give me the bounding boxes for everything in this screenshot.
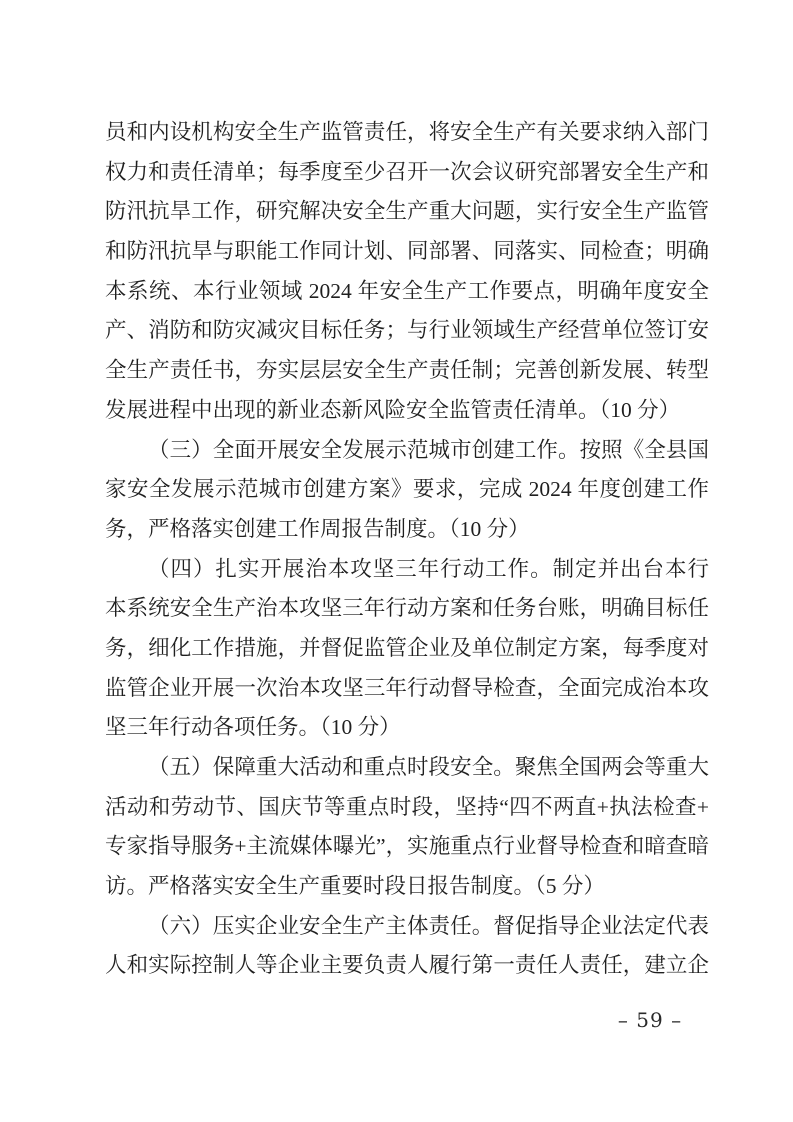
text-line: 家安全发展示范城市创建方案》要求，完成 2024 年度创建工作任 [105,470,709,510]
text-line: 本系统安全生产治本攻坚三年行动方案和任务台账，明确目标任 [105,589,709,629]
text-line: 人和实际控制人等企业主要负责人履行第一责任人责任，建立企 [105,946,709,986]
text-line: 和防汛抗旱与职能工作同计划、同部署、同落实、同检查；明确 [105,232,709,272]
text-line: （五）保障重大活动和重点时段安全。聚焦全国两会等重大 [105,748,709,788]
text-line: 专家指导服务+主流媒体曝光”，实施重点行业督导检查和暗查暗 [105,827,709,867]
text-line: 防汛抗旱工作，研究解决安全生产重大问题，实行安全生产监管 [105,192,709,232]
document-page: 员和内设机构安全生产监管责任，将安全生产有关要求纳入部门权力和责任清单；每季度至… [0,0,793,1122]
text-line: 发展进程中出现的新业态新风险安全监管责任清单。（10 分） [105,391,709,431]
text-line: （四）扎实开展治本攻坚三年行动工作。制定并出台本行业、 [105,550,709,590]
text-line: 坚三年行动各项任务。（10 分） [105,708,709,748]
document-body: 员和内设机构安全生产监管责任，将安全生产有关要求纳入部门权力和责任清单；每季度至… [105,113,709,986]
text-line: 务，严格落实创建工作周报告制度。（10 分） [105,510,709,550]
text-line: （三）全面开展安全发展示范城市创建工作。按照《全县国 [105,431,709,471]
text-line: 本系统、本行业领域 2024 年安全生产工作要点，明确年度安全生 [105,272,709,312]
text-line: 务，细化工作措施，并督促监管企业及单位制定方案，每季度对 [105,629,709,669]
text-line: （六）压实企业安全生产主体责任。督促指导企业法定代表 [105,907,709,947]
text-line: 活动和劳动节、国庆节等重点时段，坚持“四不两直+执法检查+ [105,788,709,828]
page-number: – 59 – [598,1008,702,1032]
text-line: 员和内设机构安全生产监管责任，将安全生产有关要求纳入部门 [105,113,709,153]
text-line: 访。严格落实安全生产重要时段日报告制度。（5 分） [105,867,709,907]
text-line: 全生产责任书，夯实层层安全生产责任制；完善创新发展、转型 [105,351,709,391]
text-line: 产、消防和防灾减灾目标任务；与行业领域生产经营单位签订安 [105,311,709,351]
text-line: 监管企业开展一次治本攻坚三年行动督导检查，全面完成治本攻 [105,669,709,709]
text-line: 权力和责任清单；每季度至少召开一次会议研究部署安全生产和 [105,153,709,193]
